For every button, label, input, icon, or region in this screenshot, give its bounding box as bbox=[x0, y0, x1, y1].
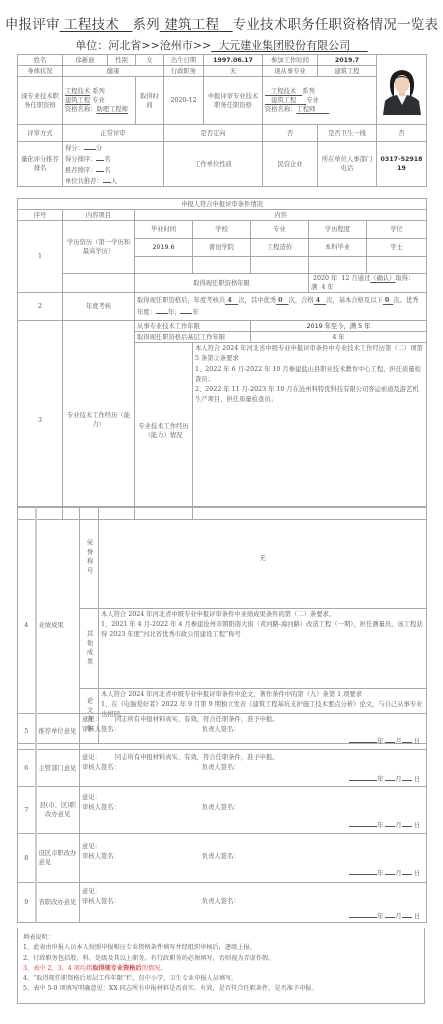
portrait-icon bbox=[380, 65, 424, 115]
score-label: 得分： bbox=[65, 145, 84, 152]
opinion-content: 意见： 同志所有申报材料真实、有效，符合任职条件，准予申报。 审核人签名：负责人… bbox=[80, 714, 427, 750]
qual-years-unit: 年 bbox=[327, 284, 333, 291]
note-item: 1、此表由申报人员本人按照申报相应专业资格条件填写并经组织审核后，逐级上报。 bbox=[23, 943, 419, 953]
current-series-suffix: 系列 bbox=[92, 88, 105, 95]
opinion-field-label: 意见： bbox=[82, 716, 101, 723]
specialty-field: 建筑工程 bbox=[160, 17, 233, 33]
reviewer-signature[interactable]: 审核人签名： bbox=[82, 764, 120, 771]
admin-post-value: 无 bbox=[204, 66, 263, 77]
annual-label: 年度考核 bbox=[63, 293, 135, 321]
obtain-time-value: 2020-12 bbox=[164, 77, 204, 125]
opinion-content: 意见： 审核人签名：负责人签名： 年 月 日 bbox=[80, 883, 427, 923]
opinion-content: 意见： 审核人签名：负责人签名： 年 月 日 bbox=[80, 834, 427, 883]
apply-name-label: 资格名称： bbox=[265, 106, 296, 113]
leader-signature[interactable]: 负责人签名： bbox=[202, 764, 240, 771]
work-years-label: 从事专业技术工作年限 bbox=[135, 321, 251, 332]
total-unit: 人 bbox=[111, 178, 117, 185]
other-label: 其他成果 bbox=[80, 609, 99, 689]
birth-label: 出生日期 bbox=[164, 55, 204, 66]
title-suffix: 专业技术职务任职资格情况一览表 bbox=[233, 17, 439, 33]
annual-qualified: 4 bbox=[314, 297, 326, 304]
edu-header-school: 学校 bbox=[193, 221, 251, 239]
current-qual-value: 工程技术 系列 建筑工程 专业 资格名称：助理工程师 bbox=[63, 77, 136, 125]
annual-text-d: 次，基本合格及以下 bbox=[326, 297, 383, 304]
opinion-row: 6 主管部门意见 意见： 同志所有申报材料真实、有效，符合任职条件，准予申报。 … bbox=[18, 750, 427, 787]
admin-post-label: 行政职务 bbox=[164, 66, 204, 77]
review-method-value: 正常评审 bbox=[63, 125, 164, 142]
qual-years-value: 2020 年 12 月通过（确认）取得：满 4 年 bbox=[309, 274, 427, 293]
opinion-row: 7 县(市、区)职改办意见 意见： 审核人签名：负责人签名： 年 月 日 bbox=[18, 787, 427, 834]
edu-degree-level: 本科毕业 bbox=[309, 239, 367, 257]
name-value: 徐新迪 bbox=[63, 55, 108, 66]
qual-years-count: 4 bbox=[321, 284, 325, 291]
name-label: 姓名 bbox=[18, 55, 63, 66]
date-line[interactable]: 年 月 日 bbox=[82, 867, 424, 879]
note-item-highlight: 3、表中 2、3、4 项均指取得现专业资格后的情况。 bbox=[23, 964, 419, 974]
opinion-seq: 9 bbox=[18, 883, 36, 923]
qual-years-month: 12 月通过 bbox=[341, 275, 370, 282]
work-start-label: 参加工作时间 bbox=[263, 55, 318, 66]
apply-specialty-suffix: 专业 bbox=[306, 97, 319, 104]
total-label: 单位共推荐： bbox=[65, 178, 103, 185]
directed-value: 否 bbox=[263, 125, 318, 142]
opinion-seq: 8 bbox=[18, 834, 36, 883]
honor-label: 荣誉称号 bbox=[80, 508, 99, 609]
work-years-value: 2019 年至今，满 5 年 bbox=[251, 321, 427, 332]
opinion-row: 8 设区市职改办意见 意见： 审核人签名：负责人签名： 年 月 日 bbox=[18, 834, 427, 883]
education-seq: 1 bbox=[18, 221, 63, 293]
opinion-field-label: 意见： bbox=[82, 794, 101, 801]
achievements-table: 4 业绩成果 荣誉称号 无 其他成果 本人符合 2024 年河北省中级专业申报评… bbox=[17, 507, 427, 744]
other-achievements: 本人符合 2024 年河北省中级专业申报评审条件中业绩成果条件的第（二）条要求。… bbox=[99, 609, 427, 689]
score-rank-unit: 名 bbox=[104, 156, 110, 163]
conditions-table: 申报人符合申报评审条件情况 序号 内容项目 内容 1 学历资历（第一学历和最高学… bbox=[17, 198, 427, 520]
ranking-values: 得分：分 得分排序：名 推荐排序：名 单位共推荐：人 bbox=[63, 142, 164, 187]
annual-excellent: 0 bbox=[276, 297, 288, 304]
current-series: 工程技术 bbox=[65, 88, 90, 95]
opinion-field-label: 意见： bbox=[82, 843, 101, 850]
note-item: 4、“取得现任职资格后基层工作年限”栏，仅中小学、卫生专业申报人员填写。 bbox=[23, 974, 419, 984]
edu-degree: 学士 bbox=[367, 239, 427, 257]
edu-row2-degree-level bbox=[309, 257, 367, 274]
org-type-label: 工作单位性质 bbox=[164, 142, 263, 187]
opinion-label: 省职改办意见 bbox=[36, 883, 80, 923]
unit-label: 单位：河北省>>沧州市>> bbox=[75, 39, 211, 52]
opinion-seq: 5 bbox=[18, 714, 36, 750]
photo-cell bbox=[377, 55, 427, 125]
opinion-field-label: 意见： bbox=[82, 888, 101, 895]
edu-row2-school bbox=[193, 257, 251, 274]
unit-line: 单位：河北省>>沧州市>> 大元建业集团股份有限公司 bbox=[0, 37, 443, 53]
other-line-1: 本人符合 2024 年河北省中级专业申报评审条件中业绩成果条件的第（二）条要求。 bbox=[101, 610, 424, 620]
title-prefix: 申报评审 bbox=[5, 17, 60, 33]
current-major-label: 现从事专业 bbox=[263, 66, 318, 77]
total-blank[interactable] bbox=[103, 175, 111, 183]
experience-detail: 本人符合 2024 年河北省中级专业申报评审条件中专业技术工作经历第（二）项第 … bbox=[193, 343, 427, 520]
opinion-content: 意见： 同志所有申报材料真实、有效，符合任职条件，准予申报。 审核人签名：负责人… bbox=[80, 750, 427, 787]
current-major-value: 建筑工程 bbox=[318, 66, 377, 77]
reviewer-signature[interactable]: 审核人签名： bbox=[82, 726, 120, 733]
qual-years-confirm: （确认） bbox=[370, 275, 395, 282]
date-line[interactable]: 年 月 日 bbox=[82, 735, 424, 747]
current-specialty: 建筑工程 bbox=[65, 97, 90, 104]
education-label: 学历资历（第一学历和最高学历） bbox=[63, 221, 135, 274]
opinion-field-label: 意见： bbox=[82, 754, 101, 761]
edu-header-degree-level: 学历程度 bbox=[309, 221, 367, 239]
date-line[interactable]: 年 月 日 bbox=[82, 910, 424, 922]
excellent-year-1[interactable] bbox=[156, 306, 168, 314]
annual-text-c: 次，合格 bbox=[289, 297, 314, 304]
gender-value: 女 bbox=[136, 55, 164, 66]
achievements-seq: 4 bbox=[18, 508, 36, 744]
health-frontline-value: 否 bbox=[377, 125, 427, 142]
date-line[interactable]: 年 月 日 bbox=[82, 773, 424, 785]
apply-qual-name: 工程师 bbox=[296, 106, 329, 113]
ranking-label: 量化评分推荐排名 bbox=[18, 142, 63, 187]
filling-instructions: 填表说明： 1、此表由申报人员本人按照申报相应专业资格条件填写并经组织审核后，逐… bbox=[17, 928, 425, 1004]
opinions-table: 5 推荐单位意见 意见： 同志所有申报材料真实、有效，符合任职条件，准予申报。 … bbox=[17, 713, 427, 923]
experience-detail-label: 专业技术工作经历（能力）情况 bbox=[135, 343, 193, 520]
edu-header-degree: 学位 bbox=[367, 221, 427, 239]
current-qual-label: 现专业技术职务任职资格 bbox=[18, 77, 63, 125]
score-rank-label: 得分排序： bbox=[65, 156, 96, 163]
annual-content: 取得现任职资格后，年度考核共 4 次，其中优秀 0 次，合格 4 次，基本合格及… bbox=[135, 293, 427, 321]
health-label: 身体状况 bbox=[18, 66, 63, 77]
applicant-photo bbox=[380, 65, 424, 115]
experience-line-1: 本人符合 2024 年河北省中级专业申报评审条件中专业技术工作经历第（二）项第 … bbox=[195, 344, 424, 365]
annual-text-g: 年 bbox=[192, 309, 198, 316]
leader-signature[interactable]: 负责人签名： bbox=[202, 726, 240, 733]
score-blank[interactable] bbox=[84, 142, 96, 150]
other-line-2: 1、2021 年 4 月-2022 年 4 月参建沧州市朝阳南大街（黄河路-海河… bbox=[101, 620, 424, 640]
opinion-row: 5 推荐单位意见 意见： 同志所有申报材料真实、有效，符合任职条件，准予申报。 … bbox=[18, 714, 427, 750]
opinion-text[interactable]: 同志所有申报材料真实、有效，符合任职条件，准予申报。 bbox=[115, 716, 279, 723]
directed-label: 是否定向 bbox=[164, 125, 263, 142]
basic-info-table: 姓名 徐新迪 性别 女 出生日期 1997.06.17 参加工作时间 2019.… bbox=[17, 54, 427, 187]
health-frontline-label: 是否卫生一线 bbox=[318, 125, 377, 142]
page-title: 申报评审 工程技术 系列 建筑工程 专业技术职务任职资格情况一览表 bbox=[0, 13, 443, 33]
opinion-label: 县(市、区)职改办意见 bbox=[36, 787, 80, 834]
opinion-label: 推荐单位意见 bbox=[36, 714, 80, 750]
col-item-header: 内容项目 bbox=[63, 210, 135, 221]
paper-line-1: 本人符合 2024 年河北省中级专业申报评审条件中论文、著作条件中的第（九）条第… bbox=[101, 690, 424, 700]
col-seq-header: 序号 bbox=[18, 210, 63, 221]
edu-school: 莆田学院 bbox=[193, 239, 251, 257]
edu-row2-degree bbox=[367, 257, 427, 274]
unit-name: 大元建业集团股份有限公司 bbox=[211, 39, 367, 52]
edu-graduation: 2019.6 bbox=[135, 239, 193, 257]
current-qual-name: 助理工程师 bbox=[96, 106, 127, 113]
opinion-content: 意见： 审核人签名：负责人签名： 年 月 日 bbox=[80, 787, 427, 834]
hr-phone-label: 所在单位人事部门电话 bbox=[318, 142, 377, 187]
notes-title: 填表说明： bbox=[23, 933, 419, 943]
edu-header-major: 专业 bbox=[251, 221, 309, 239]
opinion-row: 9 省职改办意见 意见： 审核人签名：负责人签名： 年 月 日 bbox=[18, 883, 427, 923]
leader-signature[interactable]: 负责人签名： bbox=[202, 898, 240, 905]
edu-row2-graduation bbox=[135, 257, 193, 274]
gender-label: 性别 bbox=[108, 55, 136, 66]
grassroots-years-label: 取得现任职资格后基层工作年限 bbox=[135, 332, 251, 343]
reviewer-signature[interactable]: 审核人签名： bbox=[82, 853, 120, 860]
apply-series: 工程技术 bbox=[265, 88, 302, 95]
series-field: 工程技术 bbox=[60, 17, 133, 33]
apply-specialty: 建筑工程 bbox=[265, 97, 306, 104]
experience-line-3: 2、2022 年 11 月-2023 年 10 月在沧州科特优科技有限公司客运索… bbox=[195, 385, 424, 406]
birth-value: 1997.06.17 bbox=[204, 55, 263, 66]
reviewer-signature[interactable]: 审核人签名： bbox=[82, 804, 120, 811]
honor-value: 无 bbox=[99, 508, 427, 609]
score-unit: 分 bbox=[96, 145, 102, 152]
annual-text-a: 取得现任职资格后，年度考核共 bbox=[137, 297, 225, 304]
hr-phone-value: 0317-5291819 bbox=[377, 142, 427, 187]
recommend-rank-label: 推荐排序： bbox=[65, 167, 96, 174]
annual-total: 4 bbox=[225, 297, 238, 304]
work-start-value: 2019.7 bbox=[318, 55, 377, 66]
annual-seq: 2 bbox=[18, 293, 63, 321]
obtain-time-label: 取得时间 bbox=[136, 77, 164, 125]
edu-header-graduation: 毕业时间 bbox=[135, 221, 193, 239]
leader-signature[interactable]: 负责人签名： bbox=[202, 804, 240, 811]
experience-seq: 3 bbox=[18, 321, 63, 520]
apply-qual-value: 工程技术 系列 建筑工程 专业 资格名称：工程师 bbox=[263, 77, 377, 125]
recommend-rank-unit: 名 bbox=[104, 167, 110, 174]
opinion-label: 设区市职改办意见 bbox=[36, 834, 80, 883]
conditions-section-title: 申报人符合申报评审条件情况 bbox=[18, 199, 427, 210]
note-item: 5、表中 5-9 项填写明确意见：XX 同志所有申报材料是否真实、有效，是否符合… bbox=[23, 984, 419, 994]
edu-major: 工程造价 bbox=[251, 239, 309, 257]
reviewer-signature[interactable]: 审核人签名： bbox=[82, 898, 120, 905]
edu-row2-major bbox=[251, 257, 309, 274]
opinion-text[interactable]: 同志所有申报材料真实、有效，符合任职条件，准予申报。 bbox=[115, 754, 279, 761]
leader-signature[interactable]: 负责人签名： bbox=[202, 853, 240, 860]
experience-line-2: 1、2022 年 6 月-2022 年 10 月参建盐山县职业技术教育中心工程，… bbox=[195, 365, 424, 386]
qual-years-year: 2020 年 bbox=[313, 275, 337, 282]
apply-series-suffix: 系列 bbox=[302, 88, 315, 95]
opinion-seq: 7 bbox=[18, 787, 36, 834]
annual-text-f: 年； bbox=[168, 309, 181, 316]
date-line[interactable]: 年 月 日 bbox=[82, 819, 424, 831]
note-item: 2、行政职务包括股、科、处级及其以上职务。有行政职务的必须填写，否则视为弄虚作假… bbox=[23, 954, 419, 964]
org-type-value: 民营企业 bbox=[263, 142, 318, 187]
current-name-label: 资格名称： bbox=[65, 106, 96, 113]
excellent-year-2[interactable] bbox=[180, 306, 192, 314]
review-method-label: 评审方式 bbox=[18, 125, 63, 142]
opinion-seq: 6 bbox=[18, 750, 36, 787]
achievements-label: 业绩成果 bbox=[36, 508, 80, 744]
qual-years-label: 取得现任职资格年限 bbox=[135, 274, 309, 293]
experience-label: 专业技术工作经历（能力） bbox=[63, 321, 135, 520]
grassroots-years-value: 4 年 bbox=[251, 332, 427, 343]
opinion-label: 主管部门意见 bbox=[36, 750, 80, 787]
current-specialty-suffix: 专业 bbox=[92, 97, 105, 104]
annual-text-b: 次，其中优秀 bbox=[238, 297, 276, 304]
col-content-header: 内容 bbox=[135, 210, 427, 221]
apply-qual-label: 申报评审专业技术职务任职资格 bbox=[204, 77, 263, 125]
series-suffix: 系列 bbox=[132, 17, 159, 33]
annual-basic: 0 bbox=[383, 297, 393, 304]
health-value: 健康 bbox=[63, 66, 164, 77]
